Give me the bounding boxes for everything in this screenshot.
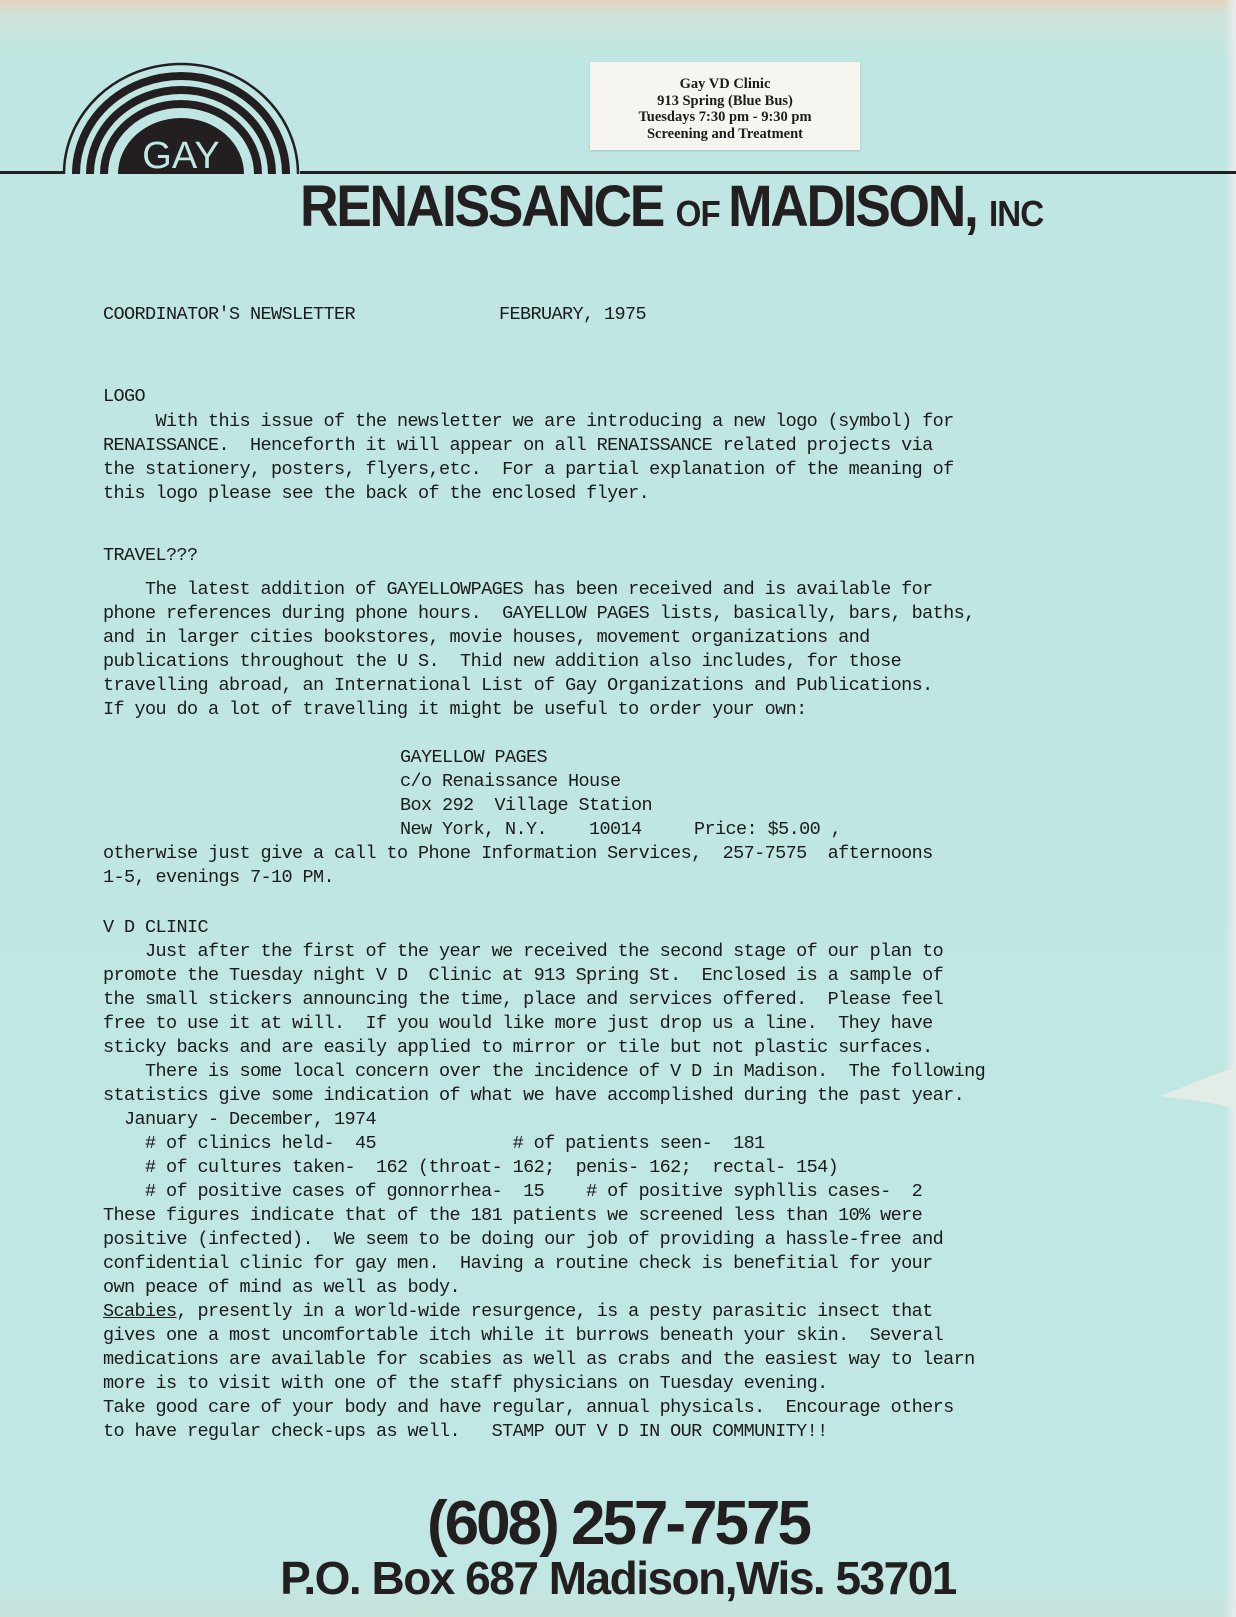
logo-paragraph-line: RENAISSANCE. Henceforth it will appear o… [103,434,933,458]
vd-paragraph-line: Just after the first of the year we rece… [103,940,943,964]
vd-paragraph-line: the small stickers announcing the time, … [103,988,943,1012]
sticker-line: Gay VD Clinic [590,76,860,93]
vd-closing-line: confidential clinic for gay men. Having … [103,1252,933,1276]
scabies-line: gives one a most uncomfortable itch whil… [103,1324,943,1348]
vd-paragraph-line: sticky backs and are easily applied to m… [103,1036,933,1060]
scabies-underlined-word: Scabies [103,1301,177,1322]
stats-line: # of cultures taken- 162 (throat- 162; p… [103,1156,838,1180]
section-heading-vd-clinic: V D CLINIC [103,916,208,940]
logo-paragraph-line: With this issue of the newsletter we are… [103,410,954,434]
scabies-line: to have regular check-ups as well. STAMP… [103,1420,828,1444]
travel-paragraph-line: otherwise just give a call to Phone Info… [103,842,933,866]
scabies-line: Take good care of your body and have reg… [103,1396,954,1420]
mailing-address-line: New York, N.Y. 10014 Price: $5.00 , [400,818,841,842]
torn-corner [1160,1068,1236,1108]
footer-postal-address: P.O. Box 687 Madison,Wis. 53701 [0,1550,1236,1606]
mailing-address-line: Box 292 Village Station [400,794,652,818]
newsletter-title: COORDINATOR'S NEWSLETTER [103,303,355,327]
mailing-address-line: GAYELLOW PAGES [400,746,547,770]
mailing-address-line: c/o Renaissance House [400,770,621,794]
sticker-line: 913 Spring (Blue Bus) [590,93,860,110]
travel-paragraph-line: If you do a lot of travelling it might b… [103,698,807,722]
section-heading-logo: LOGO [103,385,145,409]
footer-phone-number: (608) 257-7575 [0,1492,1236,1556]
travel-paragraph-line: and in larger cities bookstores, movie h… [103,626,870,650]
vd-paragraph-line: promote the Tuesday night V D Clinic at … [103,964,943,988]
stats-period: January - December, 1974 [103,1108,376,1132]
logo-paragraph-line: the stationery, posters, flyers,etc. For… [103,458,954,482]
vd-clinic-sticker: Gay VD Clinic 913 Spring (Blue Bus) Tues… [590,62,860,150]
logo-paragraph-line: this logo please see the back of the enc… [103,482,649,506]
stats-line: # of positive cases of gonnorrhea- 15 # … [103,1180,922,1204]
vd-paragraph-line: There is some local concern over the inc… [103,1060,985,1084]
scabies-line: more is to visit with one of the staff p… [103,1372,828,1396]
vd-closing-line: These figures indicate that of the 181 p… [103,1204,922,1228]
newsletter-date: FEBRUARY, 1975 [499,303,646,327]
vd-closing-line: positive (infected). We seem to be doing… [103,1228,943,1252]
travel-paragraph-line: phone references during phone hours. GAY… [103,602,975,626]
section-heading-travel: TRAVEL??? [103,544,198,568]
paper-edge [1224,0,1236,1617]
scabies-line: Scabies, presently in a world-wide resur… [103,1300,933,1324]
travel-paragraph-line: publications throughout the U S. Thid ne… [103,650,901,674]
sticker-line: Tuesdays 7:30 pm - 9:30 pm [590,109,860,126]
sticker-line: Screening and Treatment [590,126,860,143]
scabies-line: medications are available for scabies as… [103,1348,975,1372]
vd-paragraph-line: free to use it at will. If you would lik… [103,1012,933,1036]
vd-paragraph-line: statistics give some indication of what … [103,1084,964,1108]
travel-paragraph-line: travelling abroad, an International List… [103,674,933,698]
letterhead-rule-left [0,171,64,174]
travel-paragraph-line: The latest addition of GAYELLOWPAGES has… [103,578,933,602]
gay-rainbow-logo-icon: GAY [56,52,306,177]
organization-name: RENAISSANCE OF MADISON, INC [300,172,1161,249]
vd-closing-line: own peace of mind as well as body. [103,1276,460,1300]
logo-text: GAY [142,135,219,177]
travel-paragraph-line: 1-5, evenings 7-10 PM. [103,866,334,890]
stats-line: # of clinics held- 45 # of patients seen… [103,1132,765,1156]
